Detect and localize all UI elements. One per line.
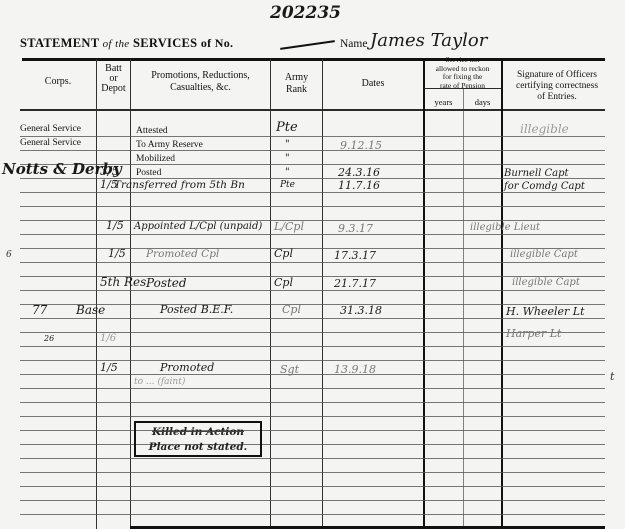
entry-signature: illegible [520, 122, 569, 136]
entry-batt: 3/5 [100, 164, 119, 178]
row-rule [20, 262, 605, 263]
title-the: the [115, 38, 129, 50]
header-rank-l2: Rank [271, 84, 322, 96]
title-statement: STATEMENT [20, 36, 99, 50]
entry-signature: illegible Capt [510, 249, 578, 260]
killed-in-action-stamp: Killed in Action Place not stated. [134, 421, 262, 457]
title-of: of [103, 38, 112, 50]
entry-signature: Harper Lt [506, 327, 561, 340]
entry-batt: Base [76, 303, 105, 317]
header-promotions: Promotions, Reductions, Casualties, &c. [131, 70, 270, 94]
serial-number: 202235 [270, 3, 341, 23]
row-rule [20, 234, 605, 235]
row-rule [20, 346, 605, 347]
header-rank: Army Rank [271, 72, 322, 96]
entry-rank: " [285, 167, 290, 178]
event-posted: Posted [136, 168, 161, 178]
entry-batt: 5th Res [100, 275, 146, 289]
entry-batt: 1/6 [100, 333, 116, 344]
entry-date: 9.12.15 [340, 139, 382, 152]
margin-mark-right: t [610, 370, 614, 383]
title-services: SERVICES [133, 36, 198, 50]
entry-date: 24.3.16 [338, 166, 380, 179]
entry-batt: 1/5 [100, 361, 118, 374]
entry-signature: Burnell Capt [504, 168, 569, 179]
stamp-line-1: Killed in Action [136, 425, 260, 440]
header-promotions-l1: Promotions, Reductions, [131, 70, 270, 82]
header-promotions-l2: Casualties, &c. [131, 82, 270, 94]
header-years: years [424, 96, 463, 108]
table-bottom-rule [130, 526, 605, 529]
title-no: of No. [201, 36, 233, 50]
entry-rank: Pte [276, 120, 298, 135]
row-rule [20, 416, 605, 417]
row-rule [20, 500, 605, 501]
entry-corps: 26 [44, 334, 54, 343]
event-mobilized: Mobilized [136, 154, 175, 164]
col-divider-years [463, 88, 464, 529]
entry-signature: H. Wheeler Lt [506, 305, 585, 318]
entry-batt: 1/5 [106, 219, 124, 232]
header-top-rule [22, 58, 605, 61]
header-batt-l3: Depot [97, 84, 130, 94]
entry-corps: 77 [32, 303, 47, 317]
row-rule [20, 430, 605, 431]
entry-event: Promoted [160, 361, 214, 374]
entry-date: 31.3.18 [340, 304, 382, 317]
header-signature-l1: Signature of Officers [502, 70, 612, 81]
corps-general-service-1: General Service [20, 124, 81, 134]
entry-date: 13.9.18 [334, 363, 376, 376]
stamp-line-2: Place not stated. [136, 440, 260, 455]
entry-signature: illegible Lieut [470, 222, 540, 233]
entry-signature: illegible Capt [512, 277, 580, 288]
document-title: STATEMENT of the SERVICES of No. [20, 36, 233, 51]
header-pension-l4: rate of Pension [424, 82, 501, 91]
header-signature: Signature of Officers certifying correct… [502, 70, 612, 103]
header-rank-l1: Army [271, 72, 322, 84]
entry-batt: 1/5 [108, 247, 126, 260]
header-signature-l3: of Entries. [502, 92, 612, 103]
entry-rank: Cpl [274, 276, 293, 289]
entry-rank: " [285, 153, 290, 164]
entry-event: Posted B.E.F. [160, 303, 233, 316]
entry-rank: " [285, 139, 290, 150]
entry-rank: Cpl [274, 247, 293, 260]
row-rule [20, 388, 605, 389]
entry-rank: Sgt [280, 363, 299, 376]
row-rule [20, 444, 605, 445]
entry-rank: Cpl [282, 303, 301, 316]
row-rule [20, 402, 605, 403]
entry-rank: Pte [280, 180, 295, 190]
header-batt: Batt or Depot [97, 64, 130, 94]
header-bottom-rule [20, 109, 605, 111]
entry-event: Promoted Cpl [146, 248, 219, 260]
header-signature-l2: certifying correctness [502, 81, 612, 92]
row-rule [20, 290, 605, 291]
name-label: Name [340, 38, 367, 50]
name-value: James Taylor [370, 30, 487, 51]
margin-mark-left: 6 [6, 250, 12, 260]
row-rule [20, 318, 605, 319]
row-rule [20, 136, 605, 137]
corps-general-service-2: General Service [20, 138, 81, 148]
row-rule [20, 150, 605, 151]
header-corps: Corps. [20, 76, 96, 88]
event-army-reserve: To Army Reserve [136, 140, 203, 150]
row-rule [20, 472, 605, 473]
row-rule [20, 514, 605, 515]
entry-event: Transferred from 5th Bn [114, 179, 245, 191]
entry-signature: for Comdg Capt [504, 181, 585, 192]
event-attested: Attested [136, 126, 168, 136]
row-rule [20, 206, 605, 207]
entry-event: Appointed L/Cpl (unpaid) [134, 221, 262, 232]
number-dash [280, 40, 335, 50]
entry-date: 9.3.17 [338, 222, 373, 235]
header-days: days [464, 96, 501, 108]
row-rule [20, 374, 605, 375]
row-rule [20, 192, 605, 193]
entry-event: to ... (faint) [134, 377, 185, 387]
row-rule [20, 486, 605, 487]
entry-event: Posted [146, 276, 187, 290]
row-rule [20, 458, 605, 459]
entry-date: 17.3.17 [334, 249, 376, 262]
header-pension: Service not allowed to reckon for fixing… [424, 56, 501, 90]
entry-date: 11.7.16 [338, 179, 380, 192]
entry-date: 21.7.17 [334, 277, 376, 290]
entry-rank: L/Cpl [274, 220, 304, 233]
header-dates: Dates [323, 78, 423, 90]
